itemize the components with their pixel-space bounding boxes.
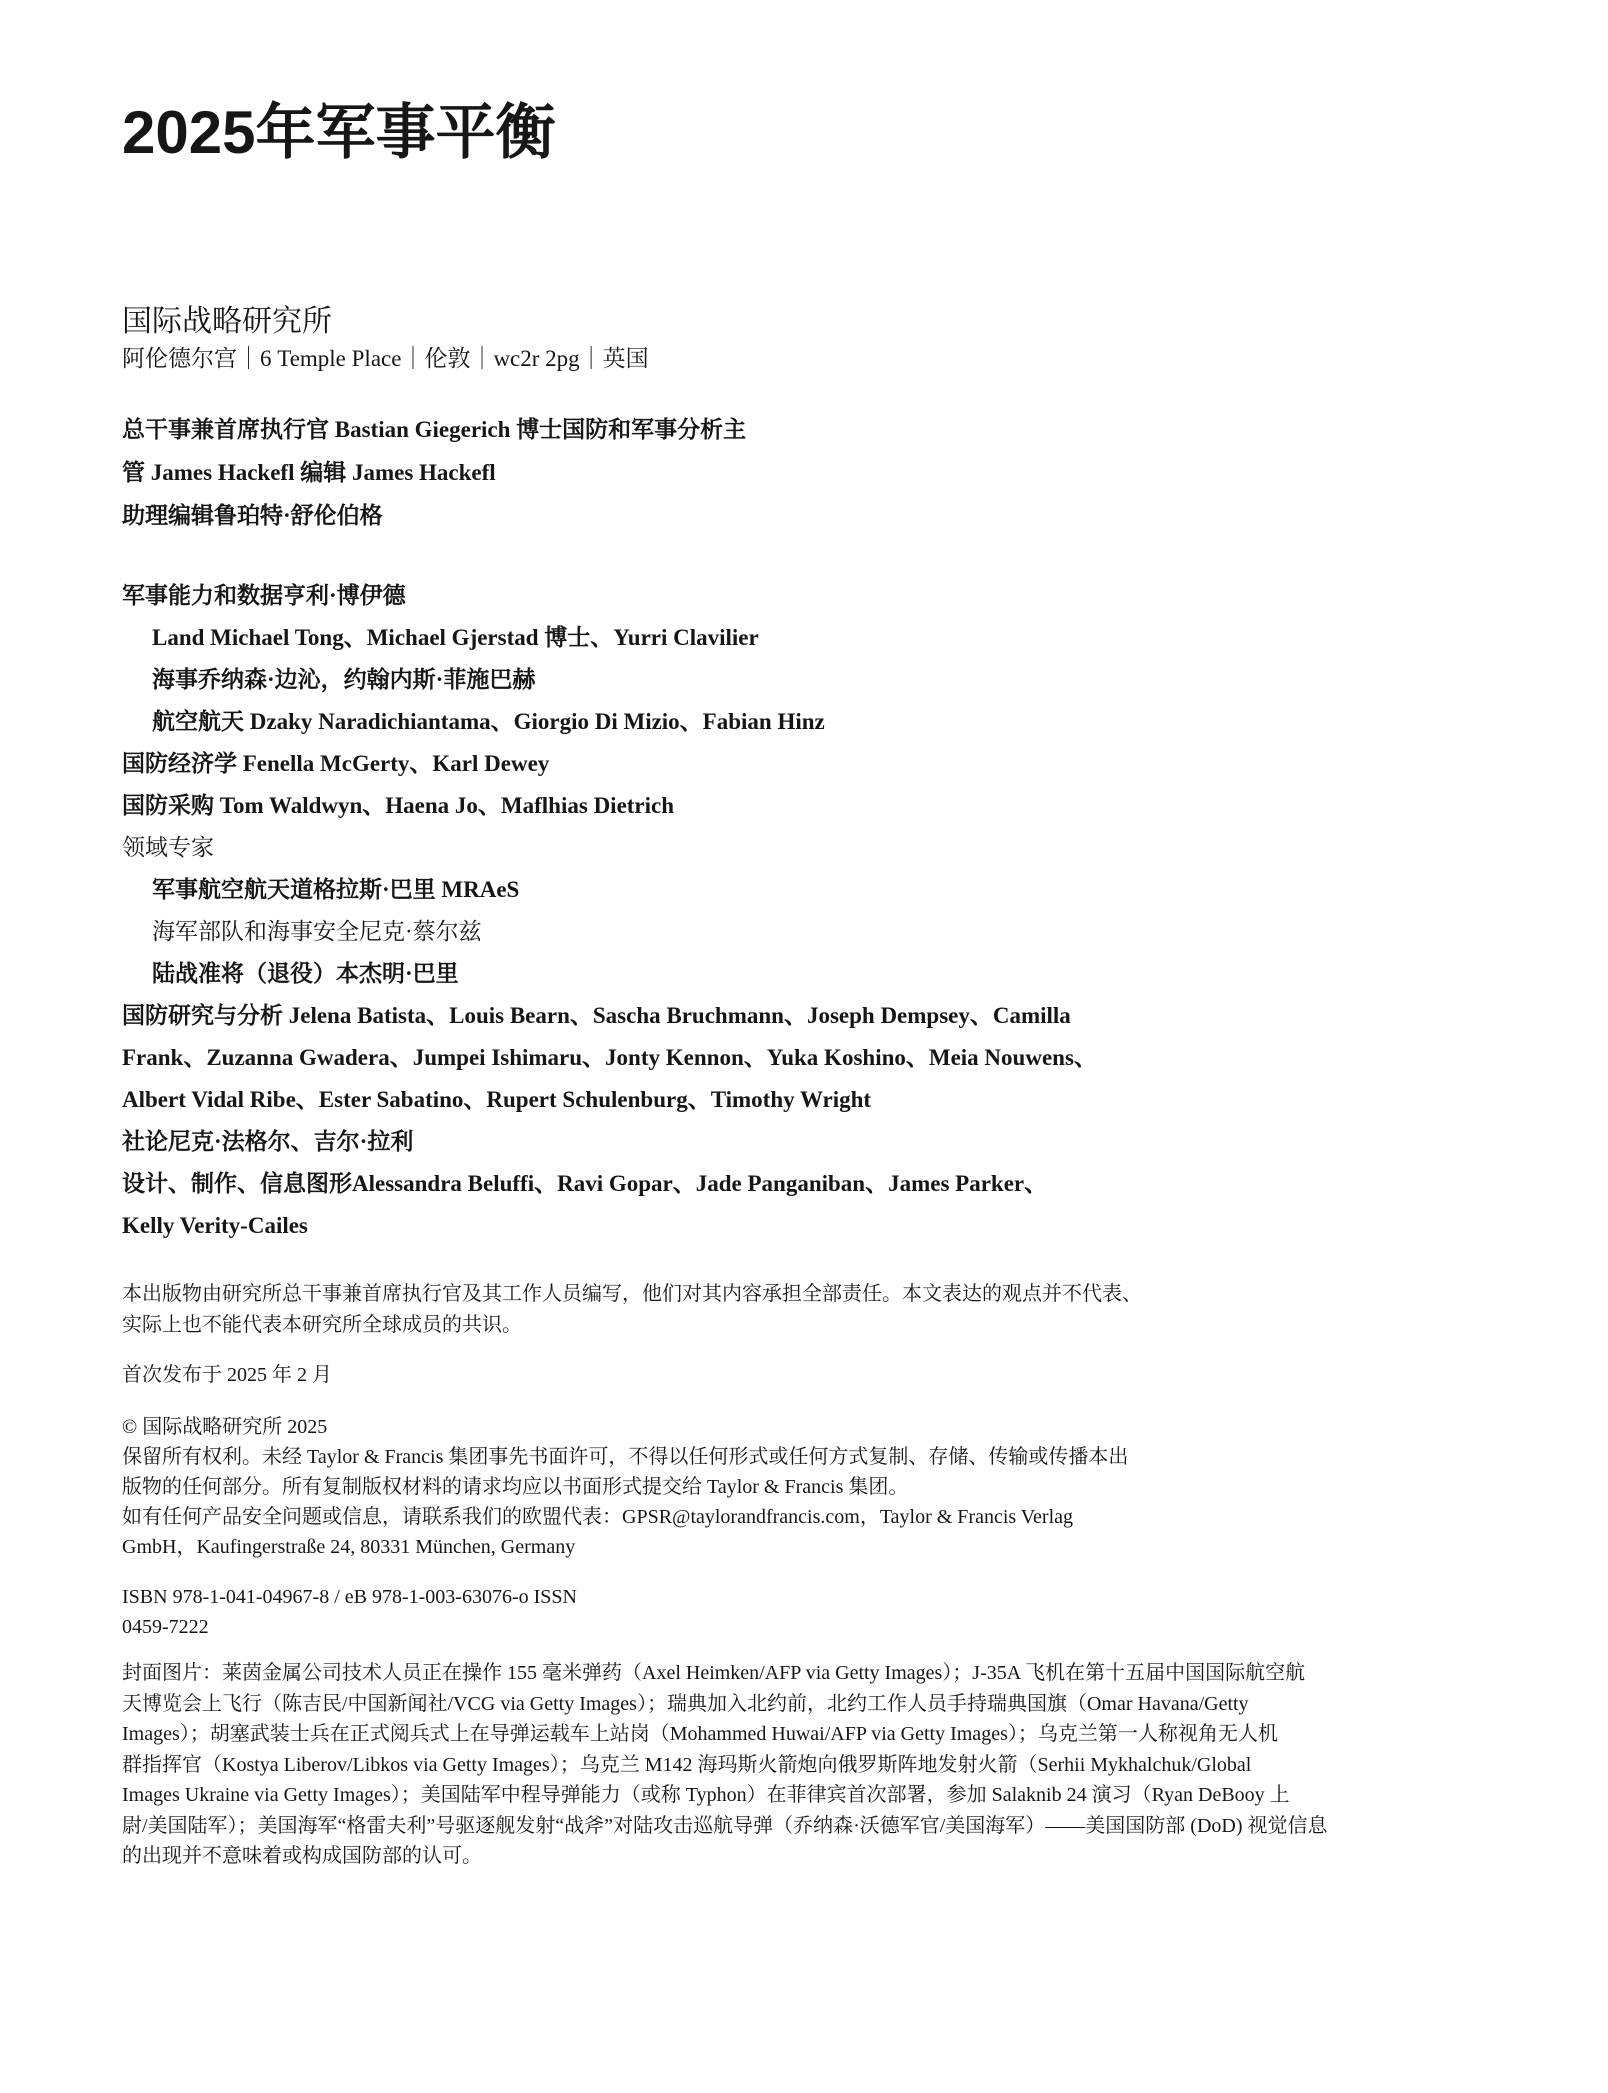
copyright-line: 版物的任何部分。所有复制版权材料的请求均应以书面形式提交给 Taylor & F… [122, 1472, 1548, 1502]
masthead-line: 海事乔纳森·边沁，约翰内斯·菲施巴赫 [122, 659, 1548, 701]
masthead-line: 军事航空航天道格拉斯·巴里 MRAeS [122, 869, 1548, 911]
book-title-year: 2025 [122, 99, 255, 166]
publisher-name: 国际战略研究所 [122, 302, 1548, 342]
masthead-line: 国防采购 Tom Waldwyn、Haena Jo、Maflhias Dietr… [122, 785, 1548, 827]
disclaimer-block: 本出版物由研究所总干事兼首席执行官及其工作人员编写，他们对其内容承担全部责任。本… [122, 1279, 1548, 1341]
cover-credit-line: Images）；胡塞武装士兵在正式阅兵式上在导弹运载车上站岗（Mohammed … [122, 1719, 1548, 1750]
cover-credit-line: 群指挥官（Kostya Liberov/Libkos via Getty Ima… [122, 1750, 1548, 1781]
copyright-block: © 国际战略研究所 2025 保留所有权利。未经 Taylor & Franci… [122, 1412, 1548, 1562]
book-title-name: 年军事平衡 [255, 100, 555, 166]
cover-credit-line: 封面图片：莱茵金属公司技术人员正在操作 155 毫米弹药（Axel Heimke… [122, 1658, 1548, 1689]
masthead-line: 国防研究与分析 Jelena Batista、Louis Bearn、Sasch… [122, 995, 1548, 1037]
isbn-line: 0459-7222 [122, 1612, 1548, 1642]
masthead-line: 航空航天 Dzaky Naradichiantama、Giorgio Di Mi… [122, 701, 1548, 743]
cover-credits-block: 封面图片：莱茵金属公司技术人员正在操作 155 毫米弹药（Axel Heimke… [122, 1658, 1548, 1872]
isbn-line: ISBN 978-1-041-04967-8 / eB 978-1-003-63… [122, 1582, 1548, 1612]
masthead-line: 军事能力和数据亨利·博伊德 [122, 575, 1548, 617]
masthead-line: Land Michael Tong、Michael Gjerstad 博士、Yu… [122, 617, 1548, 659]
masthead-line: 管 James Hackefl 编辑 James Hackefl [122, 451, 1548, 494]
publisher-address: 阿伦德尔宫｜6 Temple Place｜伦敦｜wc2r 2pg｜英国 [122, 342, 1548, 376]
copyright-page: 2025年军事平衡 国际战略研究所 阿伦德尔宫｜6 Temple Place｜伦… [0, 0, 1608, 2093]
masthead-line: 国防经济学 Fenella McGerty、Karl Dewey [122, 743, 1548, 785]
masthead-line: 陆战准将（退役）本杰明·巴里 [122, 953, 1548, 995]
cover-credit-line: 尉/美国陆军）；美国海军“格雷夫利”号驱逐舰发射“战斧”对陆攻击巡航导弹（乔纳森… [122, 1811, 1548, 1842]
disclaimer-line: 实际上也不能代表本研究所全球成员的共识。 [122, 1310, 1548, 1341]
masthead-line: 社论尼克·法格尔、吉尔·拉利 [122, 1121, 1548, 1163]
isbn-block: ISBN 978-1-041-04967-8 / eB 978-1-003-63… [122, 1582, 1548, 1642]
masthead-line: 总干事兼首席执行官 Bastian Giegerich 博士国防和军事分析主 [122, 408, 1548, 451]
cover-credit-line: 天博览会上飞行（陈吉民/中国新闻社/VCG via Getty Images）；… [122, 1689, 1548, 1720]
masthead-line: Albert Vidal Ribe、Ester Sabatino、Rupert … [122, 1079, 1548, 1121]
masthead-line: 海军部队和海事安全尼克·蔡尔兹 [122, 911, 1548, 953]
cover-credit-line: 的出现并不意味着或构成国防部的认可。 [122, 1841, 1548, 1872]
copyright-line: 保留所有权利。未经 Taylor & Francis 集团事先书面许可，不得以任… [122, 1442, 1548, 1472]
copyright-line: 如有任何产品安全问题或信息，请联系我们的欧盟代表：GPSR@taylorandf… [122, 1502, 1548, 1532]
masthead-line: Kelly Verity-Cailes [122, 1205, 1548, 1247]
masthead-line: 助理编辑鲁珀特·舒伦伯格 [122, 494, 1548, 537]
masthead-line: 设计、制作、信息图形Alessandra Beluffi、Ravi Gopar、… [122, 1163, 1548, 1205]
publisher-block: 国际战略研究所 阿伦德尔宫｜6 Temple Place｜伦敦｜wc2r 2pg… [122, 302, 1548, 376]
first-published: 首次发布于 2025 年 2 月 [122, 1360, 1548, 1391]
disclaimer-line: 本出版物由研究所总干事兼首席执行官及其工作人员编写，他们对其内容承担全部责任。本… [122, 1279, 1548, 1310]
masthead-line: Frank、Zuzanna Gwadera、Jumpei Ishimaru、Jo… [122, 1037, 1548, 1079]
book-title: 2025年军事平衡 [122, 100, 1548, 166]
staff-block: 军事能力和数据亨利·博伊德 Land Michael Tong、Michael … [122, 575, 1548, 1247]
cover-credit-line: Images Ukraine via Getty Images）；美国陆军中程导… [122, 1780, 1548, 1811]
copyright-line: © 国际战略研究所 2025 [122, 1412, 1548, 1442]
copyright-line: GmbH，Kaufingerstraße 24, 80331 München, … [122, 1532, 1548, 1562]
leadership-block: 总干事兼首席执行官 Bastian Giegerich 博士国防和军事分析主 管… [122, 408, 1548, 537]
masthead-line: 领域专家 [122, 827, 1548, 869]
